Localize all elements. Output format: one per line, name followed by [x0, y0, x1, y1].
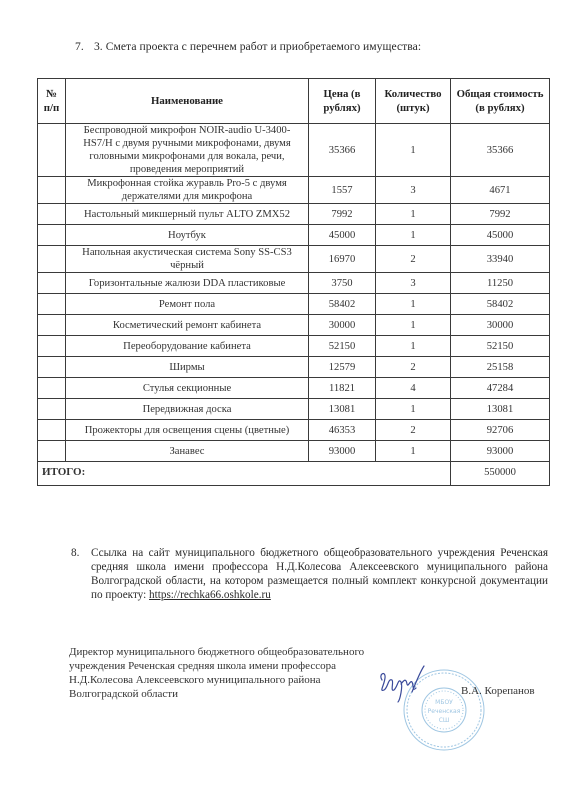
row-price: 30000	[309, 315, 376, 336]
project-site-link[interactable]: https://rechka66.oshkole.ru	[149, 589, 271, 601]
row-name: Беспроводной микрофон NOIR-audio U-3400-…	[66, 124, 309, 177]
table-row: Горизонтальные жалюзи DDA пластиковые375…	[38, 273, 550, 294]
row-num	[38, 294, 66, 315]
row-num	[38, 378, 66, 399]
row-price: 52150	[309, 336, 376, 357]
row-total: 7992	[451, 204, 550, 225]
row-num	[38, 420, 66, 441]
row-price: 46353	[309, 420, 376, 441]
row-price: 12579	[309, 357, 376, 378]
row-qty: 4	[376, 378, 451, 399]
director-line: Директор муниципального бюджетного общео…	[69, 645, 364, 659]
table-row: Занавес93000193000	[38, 441, 550, 462]
director-line: учреждения Реченская средняя школа имени…	[69, 659, 364, 673]
signature-icon	[376, 662, 426, 704]
row-name: Напольная акустическая система Sony SS-C…	[66, 246, 309, 273]
row-qty: 2	[376, 246, 451, 273]
table-row: Беспроводной микрофон NOIR-audio U-3400-…	[38, 124, 550, 177]
table-row: Настольный микшерный пульт ALTO ZMX52799…	[38, 204, 550, 225]
row-qty: 1	[376, 225, 451, 246]
section-8-text: Ссылка на сайт муниципального бюджетного…	[91, 546, 548, 602]
row-name: Переоборудование кабинета	[66, 336, 309, 357]
table-row: Ремонт пола58402158402	[38, 294, 550, 315]
table-row: Напольная акустическая система Sony SS-C…	[38, 246, 550, 273]
table-row: Передвижная доска13081113081	[38, 399, 550, 420]
row-qty: 1	[376, 315, 451, 336]
section-7-title: 3. Смета проекта с перечнем работ и прио…	[94, 40, 421, 53]
row-price: 16970	[309, 246, 376, 273]
row-name: Горизонтальные жалюзи DDA пластиковые	[66, 273, 309, 294]
row-price: 7992	[309, 204, 376, 225]
section-8: 8. Ссылка на сайт муниципального бюджетн…	[71, 546, 548, 602]
header-name: Наименование	[66, 79, 309, 124]
row-price: 1557	[309, 177, 376, 204]
row-qty: 1	[376, 399, 451, 420]
row-num	[38, 315, 66, 336]
section-7-heading: 7. 3. Смета проекта с перечнем работ и п…	[75, 40, 421, 53]
row-qty: 1	[376, 124, 451, 177]
director-line: Волгоградской области	[69, 687, 364, 701]
table-row: Микрофонная стойка журавль Pro-5 с двумя…	[38, 177, 550, 204]
row-qty: 1	[376, 441, 451, 462]
estimate-table: № п/п Наименование Цена (в рублях) Колич…	[37, 78, 550, 486]
row-total: 30000	[451, 315, 550, 336]
table-body: Беспроводной микрофон NOIR-audio U-3400-…	[38, 124, 550, 462]
director-line: Н.Д.Колесова Алексеевского муниципальног…	[69, 673, 364, 687]
row-num	[38, 399, 66, 420]
row-price: 45000	[309, 225, 376, 246]
row-qty: 2	[376, 357, 451, 378]
row-qty: 1	[376, 294, 451, 315]
row-name: Микрофонная стойка журавль Pro-5 с двумя…	[66, 177, 309, 204]
row-name: Занавес	[66, 441, 309, 462]
stamp-line: СШ	[439, 717, 450, 724]
row-num	[38, 124, 66, 177]
row-num	[38, 225, 66, 246]
total-value: 550000	[451, 462, 550, 486]
row-total: 35366	[451, 124, 550, 177]
row-qty: 3	[376, 273, 451, 294]
row-num	[38, 441, 66, 462]
row-name: Передвижная доска	[66, 399, 309, 420]
table-header-row: № п/п Наименование Цена (в рублях) Колич…	[38, 79, 550, 124]
row-qty: 2	[376, 420, 451, 441]
stamp-line: Реченская	[428, 708, 461, 715]
row-num	[38, 357, 66, 378]
row-total: 25158	[451, 357, 550, 378]
director-title: Директор муниципального бюджетного общео…	[69, 645, 364, 701]
row-price: 3750	[309, 273, 376, 294]
row-qty: 1	[376, 204, 451, 225]
row-total: 11250	[451, 273, 550, 294]
stamp-line: МБОУ	[435, 699, 453, 706]
row-qty: 3	[376, 177, 451, 204]
row-num	[38, 246, 66, 273]
row-name: Косметический ремонт кабинета	[66, 315, 309, 336]
row-num	[38, 204, 66, 225]
row-total: 47284	[451, 378, 550, 399]
row-qty: 1	[376, 336, 451, 357]
row-total: 52150	[451, 336, 550, 357]
row-name: Настольный микшерный пульт ALTO ZMX52	[66, 204, 309, 225]
table-row: Ноутбук45000145000	[38, 225, 550, 246]
row-name: Ноутбук	[66, 225, 309, 246]
row-num	[38, 177, 66, 204]
row-name: Ремонт пола	[66, 294, 309, 315]
row-num	[38, 336, 66, 357]
row-total: 33940	[451, 246, 550, 273]
total-label: ИТОГО:	[38, 462, 451, 486]
table-row: Ширмы12579225158	[38, 357, 550, 378]
row-price: 58402	[309, 294, 376, 315]
row-total: 4671	[451, 177, 550, 204]
table-row: Переоборудование кабинета52150152150	[38, 336, 550, 357]
row-total: 92706	[451, 420, 550, 441]
row-name: Ширмы	[66, 357, 309, 378]
row-price: 35366	[309, 124, 376, 177]
signer-name: В.А. Корепанов	[461, 685, 535, 697]
row-price: 93000	[309, 441, 376, 462]
row-total: 13081	[451, 399, 550, 420]
row-num	[38, 273, 66, 294]
table-row: Стулья секционные11821447284	[38, 378, 550, 399]
header-qty: Количество (штук)	[376, 79, 451, 124]
row-total: 45000	[451, 225, 550, 246]
row-price: 13081	[309, 399, 376, 420]
table-row: Косметический ремонт кабинета30000130000	[38, 315, 550, 336]
row-name: Прожекторы для освещения сцены (цветные)	[66, 420, 309, 441]
row-total: 93000	[451, 441, 550, 462]
header-num: № п/п	[38, 79, 66, 124]
row-name: Стулья секционные	[66, 378, 309, 399]
section-7-number: 7.	[75, 40, 91, 53]
row-price: 11821	[309, 378, 376, 399]
total-row: ИТОГО: 550000	[38, 462, 550, 486]
header-price: Цена (в рублях)	[309, 79, 376, 124]
table-row: Прожекторы для освещения сцены (цветные)…	[38, 420, 550, 441]
header-total: Общая стоимость (в рублях)	[451, 79, 550, 124]
row-total: 58402	[451, 294, 550, 315]
section-8-number: 8.	[71, 546, 79, 560]
